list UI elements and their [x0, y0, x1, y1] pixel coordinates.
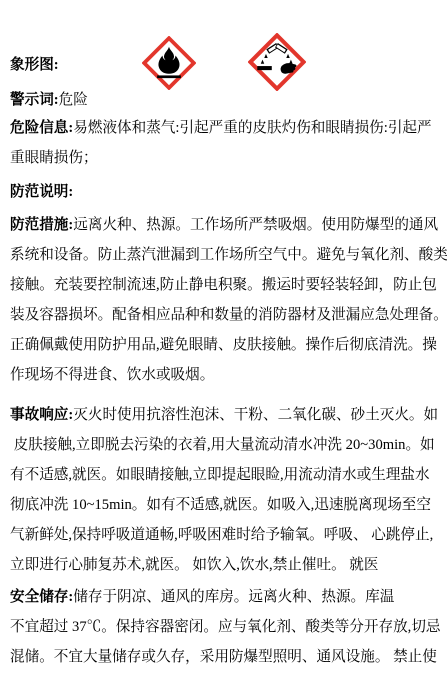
text-line: 皮肤接触,立即脱去污染的衣着,用大量流动清水冲洗 20~30min。如 — [10, 430, 438, 460]
precaution-measures-text: 作现场不得进食、饮水或吸烟。 — [10, 367, 214, 383]
text-line: 气新鲜处,保持呼吸道通畅,呼吸困难时给予输氧。呼吸、 心跳停止, — [10, 520, 438, 550]
text-line: 重眼睛损伤； — [10, 143, 432, 173]
ghs-corrosion-icon — [248, 33, 306, 91]
text-line: 混储。不宜大量储存或久存，采用防爆型照明、通风设施。 禁止使 — [10, 642, 441, 672]
accident-response-text: 彻底冲洗 10~15min。如有不适感,就医。如吸入,迅速脱离现场至空 — [10, 497, 431, 513]
precaution-measures-label: 防范措施: — [10, 217, 73, 233]
precaution-heading: 防范说明: — [10, 177, 73, 207]
precaution-measures-text: 远离火种、热源。工作场所严禁吸烟。使用防爆型的通风 — [73, 217, 438, 233]
accident-response-text: 皮肤接触,立即脱去污染的衣着,用大量流动清水冲洗 20~30min。如 — [10, 437, 435, 453]
precaution-measures-text: 装及容器损坏。配备相应品种和数量的消防器材及泄漏应急处理备。 — [10, 307, 447, 323]
pictogram-section-label: 象形图: — [10, 50, 59, 80]
safe-storage-text: 混储。不宜大量储存或久存，采用防爆型照明、通风设施。 禁止使 — [10, 649, 437, 665]
precaution-measures-text: 系统和设备。防止蒸汽泄漏到工作场所空气中。避免与氧化剂、酸类 — [10, 247, 447, 263]
hazard-info-text: 重眼睛损伤； — [10, 150, 98, 166]
precaution-measures-section: 防范措施:远离火种、热源。工作场所严禁吸烟。使用防爆型的通风 系统和设备。防止蒸… — [10, 210, 447, 390]
ghs-label-document: 象形图: 警示词:危险 危险信息:易燃液体和蒸气:引起严重的皮肤灼伤和眼睛损伤:… — [0, 0, 447, 679]
accident-response-text: 有不适感,就医。如眼睛接触,立即提起眼睑,用流动清水或生理盐水 — [10, 467, 430, 483]
text-line: 有不适感,就医。如眼睛接触,立即提起眼睑,用流动清水或生理盐水 — [10, 460, 438, 490]
safe-storage-label: 安全储存: — [10, 589, 73, 605]
accident-response-text: 气新鲜处,保持呼吸道通畅,呼吸困难时给予输氧。呼吸、 心跳停止, — [10, 527, 433, 543]
hazard-info-section: 危险信息:易燃液体和蒸气:引起严重的皮肤灼伤和眼睛损伤:引起严 重眼睛损伤； — [10, 113, 432, 173]
text-line: 危险信息:易燃液体和蒸气:引起严重的皮肤灼伤和眼睛损伤:引起严 — [10, 113, 432, 143]
ghs-flame-pictogram — [142, 36, 196, 90]
accident-response-text: 立即进行心肺复苏术,就医。 如饮入,饮水,禁止催吐。 就医 — [10, 557, 379, 573]
signal-word-row: 警示词:危险 — [10, 85, 88, 115]
text-line: 系统和设备。防止蒸汽泄漏到工作场所空气中。避免与氧化剂、酸类 — [10, 240, 447, 270]
precaution-measures-text: 接触。充装要控制流速,防止静电积聚。搬运时要轻装轻卸，防止包 — [10, 277, 437, 293]
accident-response-label: 事故响应: — [10, 407, 73, 423]
text-line: 接触。充装要控制流速,防止静电积聚。搬运时要轻装轻卸，防止包 — [10, 270, 447, 300]
text-line: 装及容器损坏。配备相应品种和数量的消防器材及泄漏应急处理备。 — [10, 300, 447, 330]
ghs-flame-icon — [142, 36, 196, 90]
text-line: 立即进行心肺复苏术,就医。 如饮入,饮水,禁止催吐。 就医 — [10, 550, 438, 580]
precaution-measures-text: 正确佩戴使用防护用品,避免眼睛、皮肤接触。操作后彻底清洗。操 — [10, 337, 437, 353]
safe-storage-text: 不宜超过 37℃。保持容器密闭。应与氧化剂、酸类等分开存放,切忌 — [10, 619, 441, 635]
ghs-corrosion-pictogram — [248, 33, 306, 91]
signal-word-value: 危险 — [59, 92, 88, 108]
text-line: 事故响应:灭火时使用抗溶性泡沫、干粉、二氧化碳、砂土灭火。如 — [10, 400, 438, 430]
hazard-info-text: 易燃液体和蒸气:引起严重的皮肤灼伤和眼睛损伤:引起严 — [73, 120, 431, 136]
text-line: 防范措施:远离火种、热源。工作场所严禁吸烟。使用防爆型的通风 — [10, 210, 447, 240]
signal-word-label: 警示词: — [10, 92, 59, 108]
text-line: 不宜超过 37℃。保持容器密闭。应与氧化剂、酸类等分开存放,切忌 — [10, 612, 441, 642]
text-line: 安全储存:储存于阴凉、通风的库房。远离火种、热源。库温 — [10, 582, 441, 612]
safe-storage-text: 储存于阴凉、通风的库房。远离火种、热源。库温 — [73, 589, 394, 605]
safe-storage-section: 安全储存:储存于阴凉、通风的库房。远离火种、热源。库温 不宜超过 37℃。保持容… — [10, 582, 441, 672]
text-line: 彻底冲洗 10~15min。如有不适感,就医。如吸入,迅速脱离现场至空 — [10, 490, 438, 520]
accident-response-text: 灭火时使用抗溶性泡沫、干粉、二氧化碳、砂土灭火。如 — [73, 407, 438, 423]
text-line: 作现场不得进食、饮水或吸烟。 — [10, 360, 447, 390]
accident-response-section: 事故响应:灭火时使用抗溶性泡沫、干粉、二氧化碳、砂土灭火。如 皮肤接触,立即脱去… — [10, 400, 438, 580]
hazard-info-label: 危险信息: — [10, 120, 73, 136]
text-line: 正确佩戴使用防护用品,避免眼睛、皮肤接触。操作后彻底清洗。操 — [10, 330, 447, 360]
